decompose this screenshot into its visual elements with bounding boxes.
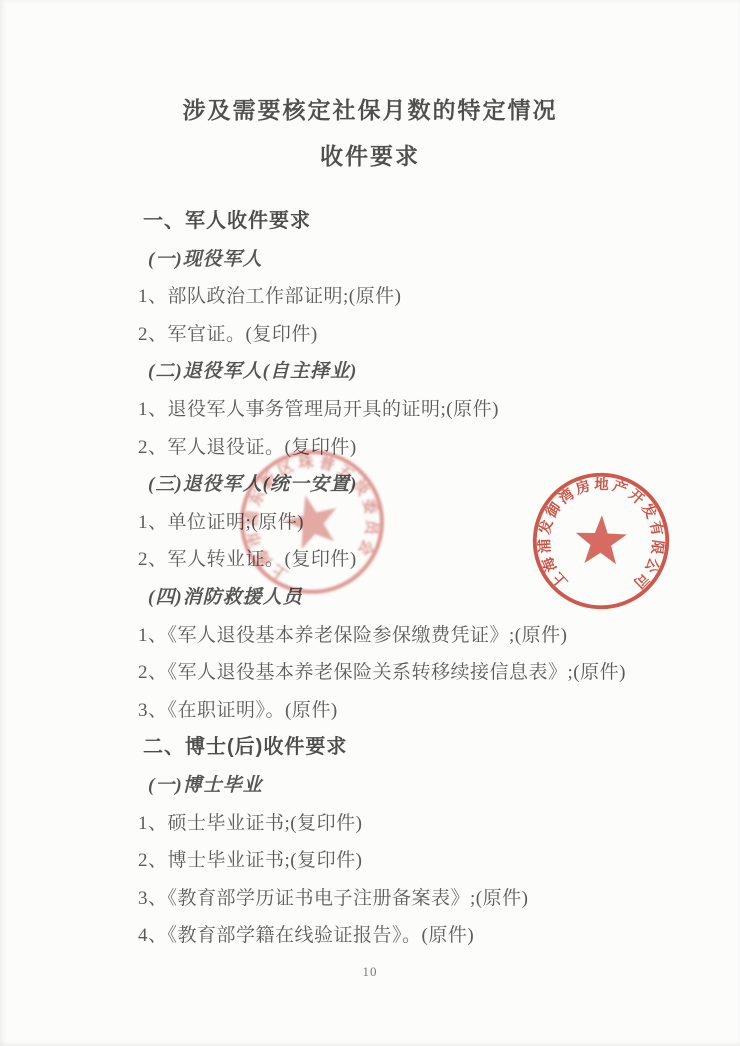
title-line-2: 收件要求 [0, 142, 740, 172]
subsection-heading: (一)现役军人 [138, 241, 710, 279]
document-title: 涉及需要核定社保月数的特定情况 收件要求 [0, 96, 740, 172]
subsection-heading: (三)退役军人(统一安置) [138, 466, 710, 504]
page-number: 10 [0, 964, 740, 980]
section-heading: 二、博士(后)收件要求 [138, 729, 710, 767]
doc-line: 2、《军人退役基本养老保险关系转移续接信息表》;(原件) [138, 654, 710, 692]
doc-line: 2、军人退役证。(复印件) [138, 429, 710, 467]
doc-line: 2、博士毕业证书;(复印件) [138, 842, 710, 880]
doc-line: 1、退役军人事务管理局开具的证明;(原件) [138, 391, 710, 429]
doc-line: 1、单位证明;(原件) [138, 504, 710, 542]
subsection-heading: (一)博士毕业 [138, 767, 710, 805]
doc-line: 2、军人转业证。(复印件) [138, 541, 710, 579]
doc-line: 1、硕士毕业证书;(复印件) [138, 805, 710, 843]
subsection-heading: (二)退役军人(自主择业) [138, 353, 710, 391]
document-body: 一、军人收件要求(一)现役军人1、部队政治工作部证明;(原件)2、军官证。(复印… [138, 203, 710, 955]
title-line-1: 涉及需要核定社保月数的特定情况 [0, 96, 740, 126]
doc-line: 4、《教育部学籍在线验证报告》。(原件) [138, 917, 710, 955]
doc-line: 2、军官证。(复印件) [138, 316, 710, 354]
doc-line: 1、部队政治工作部证明;(原件) [138, 278, 710, 316]
doc-line: 3、《教育部学历证书电子注册备案表》;(原件) [138, 880, 710, 918]
subsection-heading: (四)消防救援人员 [138, 579, 710, 617]
scanned-page: 涉及需要核定社保月数的特定情况 收件要求 一、军人收件要求(一)现役军人1、部队… [0, 0, 740, 1046]
section-heading: 一、军人收件要求 [138, 203, 710, 241]
doc-line: 3、《在职证明》。(原件) [138, 692, 710, 730]
doc-line: 1、《军人退役基本养老保险参保缴费凭证》;(原件) [138, 617, 710, 655]
